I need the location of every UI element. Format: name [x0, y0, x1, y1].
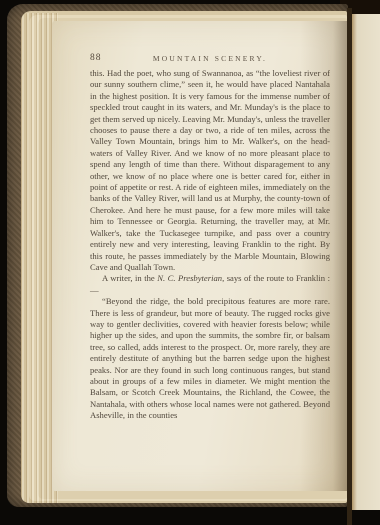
facing-page-edge — [352, 14, 380, 510]
paragraph-2-lead: A writer, in the — [102, 273, 157, 283]
publication-title: N. C. Presbyterian — [157, 273, 222, 283]
running-header: MOUNTAIN SCENERY. — [90, 54, 330, 63]
book-page: 88 MOUNTAIN SCENERY. this. Had the poet,… — [52, 21, 347, 491]
page-number: 88 — [90, 53, 102, 63]
paragraph-1: this. Had the poet, who sung of Swannano… — [90, 68, 330, 273]
page-header: 88 MOUNTAIN SCENERY. — [90, 54, 330, 66]
paragraph-3: “Beyond the ridge, the bold precipitous … — [90, 296, 330, 421]
book-photo: 88 MOUNTAIN SCENERY. this. Had the poet,… — [0, 0, 380, 525]
page-text: this. Had the poet, who sung of Swannano… — [90, 68, 330, 422]
paragraph-2: A writer, in the N. C. Presbyterian, say… — [90, 273, 330, 296]
